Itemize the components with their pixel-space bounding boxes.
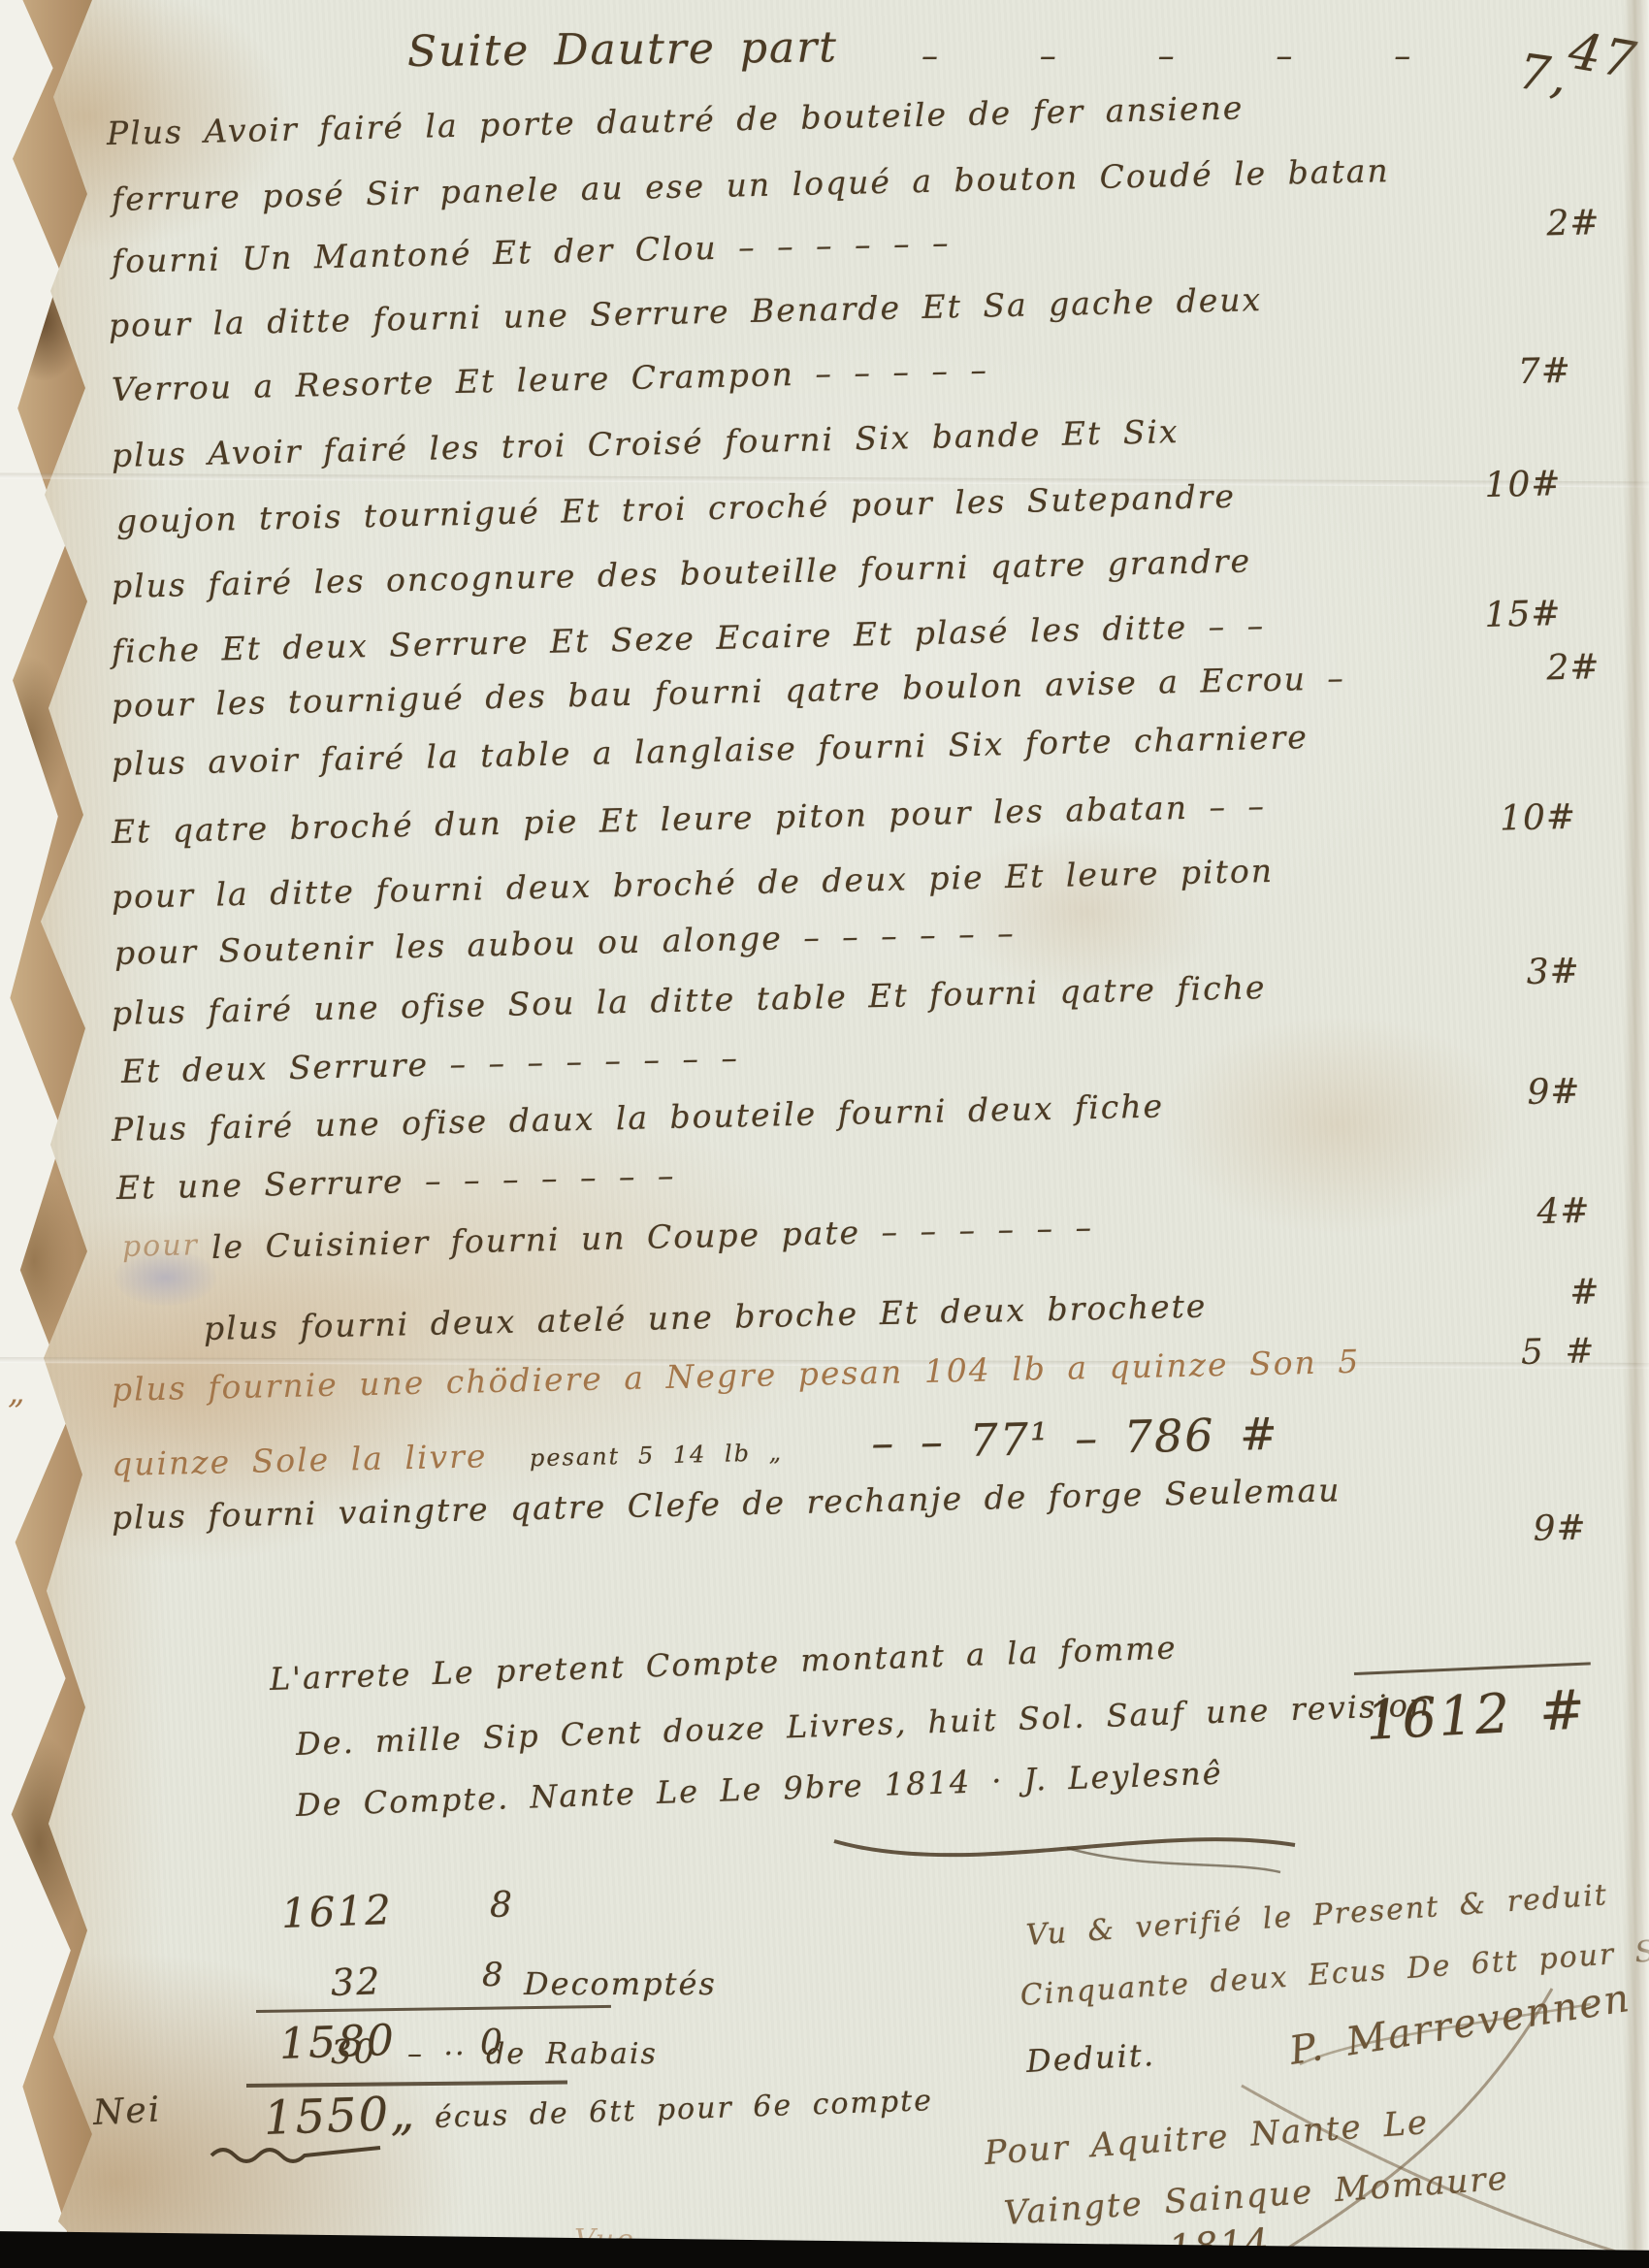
ink-flourishes xyxy=(0,0,1649,2268)
manuscript-scan: Suite Dautre part – – – – – 7, 47 Plus A… xyxy=(0,0,1649,2268)
scan-right-edge xyxy=(1624,0,1649,2268)
